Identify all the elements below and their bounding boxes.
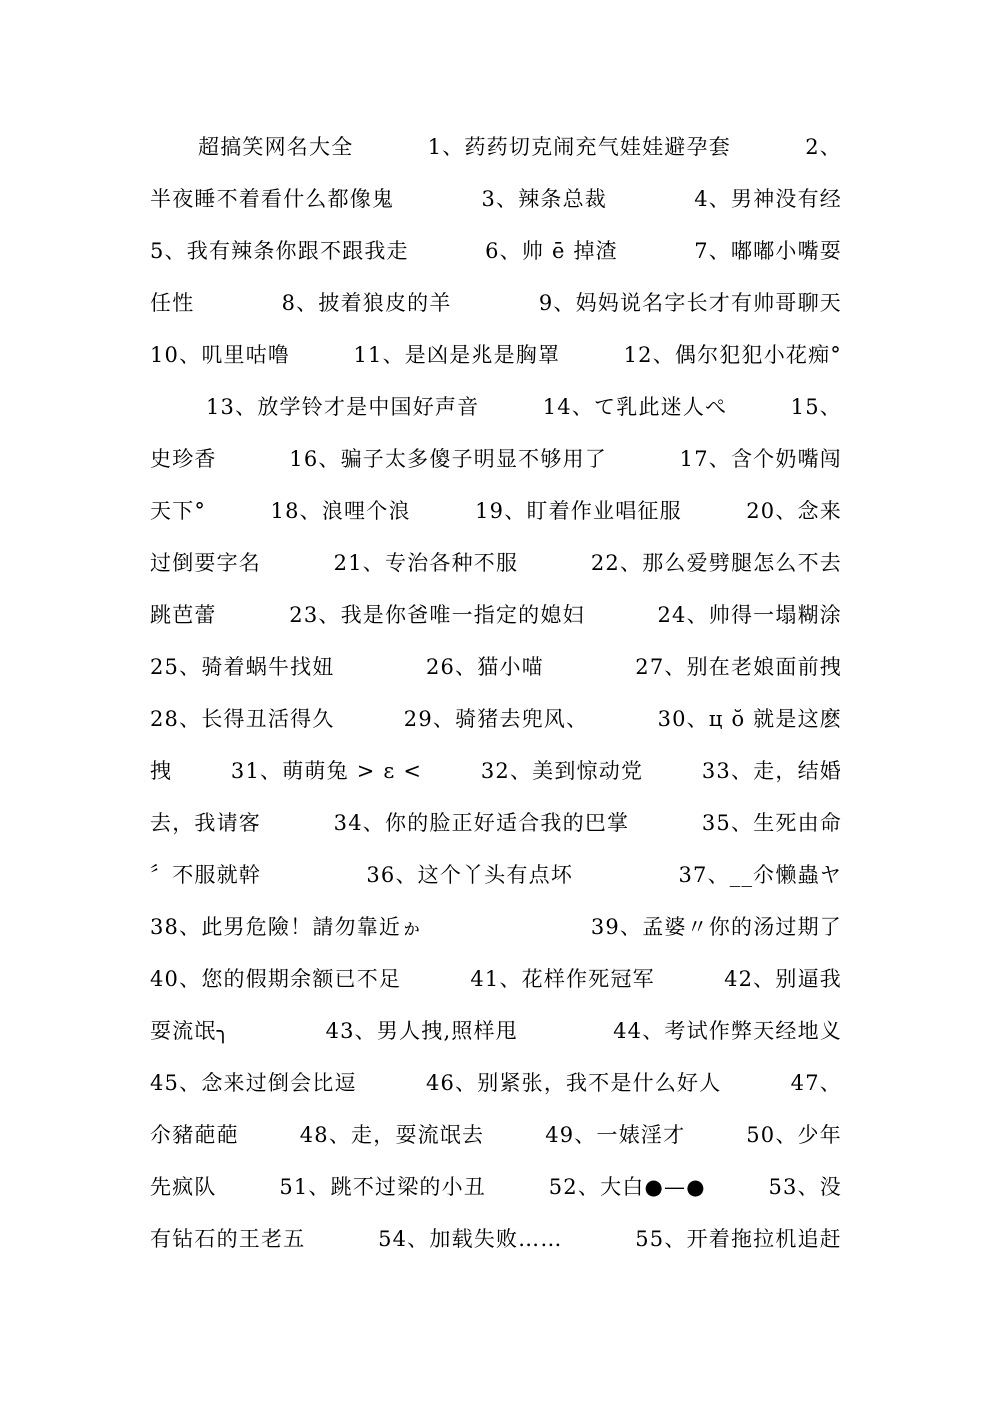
text-segment: 53、没 bbox=[768, 1172, 842, 1202]
text-segment: 34、你的脸正好适合我的巴掌 bbox=[334, 808, 630, 838]
document-page: 超搞笑网名大全 1、药药切克闹充气娃娃避孕套 2、 半夜睡不着看什么都像鬼 3、… bbox=[0, 0, 993, 1404]
text-line: 38、此男危險！請勿靠近ゕ 39、孟婆〃你的汤过期了 bbox=[150, 912, 842, 942]
text-segment: 39、孟婆〃你的汤过期了 bbox=[591, 912, 842, 942]
text-line: 任性 8、披着狼皮的羊 9、妈妈说名字长才有帅哥聊天 bbox=[150, 288, 842, 318]
text-segment: 47、 bbox=[791, 1068, 842, 1098]
text-segment: 过倒要字名 bbox=[150, 548, 261, 578]
text-segment: 1、药药切克闹充气娃娃避孕套 bbox=[428, 132, 731, 162]
text-segment: 26、猫小喵 bbox=[426, 652, 544, 682]
text-segment: 10、叽里咕噜 bbox=[150, 340, 290, 370]
text-line: 28、长得丑活得久 29、骑猪去兜风、 30、ц ŏ 就是这麽 bbox=[150, 704, 842, 734]
text-segment: 50、少年 bbox=[746, 1120, 842, 1150]
text-segment: 19、盯着作业唱征服 bbox=[475, 496, 682, 526]
text-segment: 38、此男危險！請勿靠近ゕ bbox=[150, 912, 423, 942]
text-segment: 跳芭蕾 bbox=[150, 600, 217, 630]
text-segment: 9、妈妈说名字长才有帅哥聊天 bbox=[539, 288, 842, 318]
text-line: 40、您的假期余额已不足 41、花样作死冠军 42、别逼我 bbox=[150, 964, 842, 994]
text-segment: 7、嘟嘟小嘴耍 bbox=[694, 236, 842, 266]
text-segment: 41、花样作死冠军 bbox=[470, 964, 655, 994]
text-segment: 25、骑着蜗牛找妞 bbox=[150, 652, 335, 682]
text-segment: 24、帅得一塌糊涂 bbox=[657, 600, 842, 630]
text-segment: 拽 bbox=[150, 756, 172, 786]
text-segment: 54、加载失败…… bbox=[378, 1224, 563, 1254]
text-line: 有钻石的王老五 54、加载失败…… 55、开着拖拉机追赶 bbox=[150, 1224, 842, 1254]
text-segment: 天下° bbox=[150, 496, 206, 526]
text-segment: 5、我有辣条你跟不跟我走 bbox=[150, 236, 409, 266]
text-segment: 6、帅 ē 掉渣 bbox=[485, 236, 618, 266]
text-line: 过倒要字名 21、专治各种不服 22、那么爱劈腿怎么不去 bbox=[150, 548, 842, 578]
text-segment: 43、男人拽,照样甩 bbox=[326, 1016, 518, 1046]
text-segment: 15、 bbox=[791, 392, 842, 422]
text-segment: 史珍香 bbox=[150, 444, 217, 474]
text-line: 天下° 18、浪哩个浪 19、盯着作业唱征服 20、念来 bbox=[150, 496, 842, 526]
text-segment: 3、辣条总裁 bbox=[481, 184, 607, 214]
text-segment: 45、念来过倒会比逗 bbox=[150, 1068, 357, 1098]
text-line: 尒豬葩葩 48、走，耍流氓去 49、一婊淫才 50、少年 bbox=[150, 1120, 842, 1150]
text-segment: 40、您的假期余额已不足 bbox=[150, 964, 401, 994]
text-line: 10、叽里咕噜 11、是凶是兆是胸罩 12、偶尔犯犯小花痴° bbox=[150, 340, 842, 370]
text-segment: 任性 bbox=[150, 288, 194, 318]
text-segment: 22、那么爱劈腿怎么不去 bbox=[591, 548, 842, 578]
text-line: 超搞笑网名大全 1、药药切克闹充气娃娃避孕套 2、 bbox=[198, 132, 842, 162]
text-segment: 36、这个丫头有点坏 bbox=[366, 860, 573, 890]
text-segment: 46、别紧张，我不是什么好人 bbox=[426, 1068, 722, 1098]
text-segment: 4、男神没有经 bbox=[694, 184, 842, 214]
text-segment: 有钻石的王老五 bbox=[150, 1224, 305, 1254]
text-line: 拽 31、萌萌兔 > ε < 32、美到惊动党 33、走，结婚 bbox=[150, 756, 842, 786]
text-segment: 2、 bbox=[805, 132, 842, 162]
text-segment: 23、我是你爸唯一指定的媳妇 bbox=[289, 600, 585, 630]
text-line: 耍流氓╮ 43、男人拽,照样甩 44、考试作弊天经地义 bbox=[150, 1016, 842, 1046]
document-title: 超搞笑网名大全 bbox=[198, 132, 353, 162]
text-segment: 44、考试作弊天经地义 bbox=[613, 1016, 842, 1046]
text-segment: 29、骑猪去兜风、 bbox=[404, 704, 589, 734]
text-segment: 〞不服就幹 bbox=[150, 860, 261, 890]
text-segment: 16、骗子太多傻子明显不够用了 bbox=[289, 444, 607, 474]
text-segment: 35、生死由命 bbox=[702, 808, 842, 838]
text-segment: 42、别逼我 bbox=[724, 964, 842, 994]
text-segment: 27、别在老娘面前拽 bbox=[635, 652, 842, 682]
text-line: 45、念来过倒会比逗 46、别紧张，我不是什么好人 47、 bbox=[150, 1068, 842, 1098]
text-segment: 21、专治各种不服 bbox=[334, 548, 519, 578]
text-segment: 30、ц ŏ 就是这麽 bbox=[658, 704, 842, 734]
text-segment: 17、含个奶嘴闯 bbox=[680, 444, 842, 474]
text-segment: 8、披着狼皮的羊 bbox=[282, 288, 452, 318]
text-segment: 37、__尒懒蟲ヤ bbox=[678, 860, 842, 890]
text-line: 去，我请客 34、你的脸正好适合我的巴掌 35、生死由命 bbox=[150, 808, 842, 838]
text-segment: 先疯队 bbox=[150, 1172, 217, 1202]
text-segment: 半夜睡不着看什么都像鬼 bbox=[150, 184, 394, 214]
text-segment: 32、美到惊动党 bbox=[481, 756, 643, 786]
text-segment: 52、大白●—● bbox=[549, 1172, 706, 1202]
text-line: 〞不服就幹 36、这个丫头有点坏 37、__尒懒蟲ヤ bbox=[150, 860, 842, 890]
text-line: 跳芭蕾 23、我是你爸唯一指定的媳妇 24、帅得一塌糊涂 bbox=[150, 600, 842, 630]
text-segment: 13、放学铃才是中国好声音 bbox=[206, 392, 479, 422]
text-segment: 12、偶尔犯犯小花痴° bbox=[624, 340, 842, 370]
text-segment: 尒豬葩葩 bbox=[150, 1120, 239, 1150]
text-segment: 48、走，耍流氓去 bbox=[300, 1120, 485, 1150]
text-segment: 去，我请客 bbox=[150, 808, 261, 838]
text-line: 25、骑着蜗牛找妞 26、猫小喵 27、别在老娘面前拽 bbox=[150, 652, 842, 682]
text-segment: 31、萌萌兔 > ε < bbox=[231, 756, 422, 786]
text-segment: 20、念来 bbox=[746, 496, 842, 526]
text-segment: 14、て乳此迷人ぺ bbox=[543, 392, 728, 422]
text-segment: 28、长得丑活得久 bbox=[150, 704, 335, 734]
text-segment: 49、一婊淫才 bbox=[545, 1120, 685, 1150]
text-line: 史珍香 16、骗子太多傻子明显不够用了 17、含个奶嘴闯 bbox=[150, 444, 842, 474]
text-segment: 耍流氓╮ bbox=[150, 1016, 230, 1046]
text-line: 半夜睡不着看什么都像鬼 3、辣条总裁 4、男神没有经 bbox=[150, 184, 842, 214]
text-segment: 18、浪哩个浪 bbox=[271, 496, 411, 526]
text-segment: 11、是凶是兆是胸罩 bbox=[353, 340, 560, 370]
text-line: 先疯队 51、跳不过梁的小丑 52、大白●—● 53、没 bbox=[150, 1172, 842, 1202]
text-segment: 51、跳不过梁的小丑 bbox=[279, 1172, 486, 1202]
text-line: 13、放学铃才是中国好声音 14、て乳此迷人ぺ 15、 bbox=[206, 392, 842, 422]
text-line: 5、我有辣条你跟不跟我走 6、帅 ē 掉渣 7、嘟嘟小嘴耍 bbox=[150, 236, 842, 266]
text-segment: 55、开着拖拉机追赶 bbox=[635, 1224, 842, 1254]
text-segment: 33、走，结婚 bbox=[702, 756, 842, 786]
